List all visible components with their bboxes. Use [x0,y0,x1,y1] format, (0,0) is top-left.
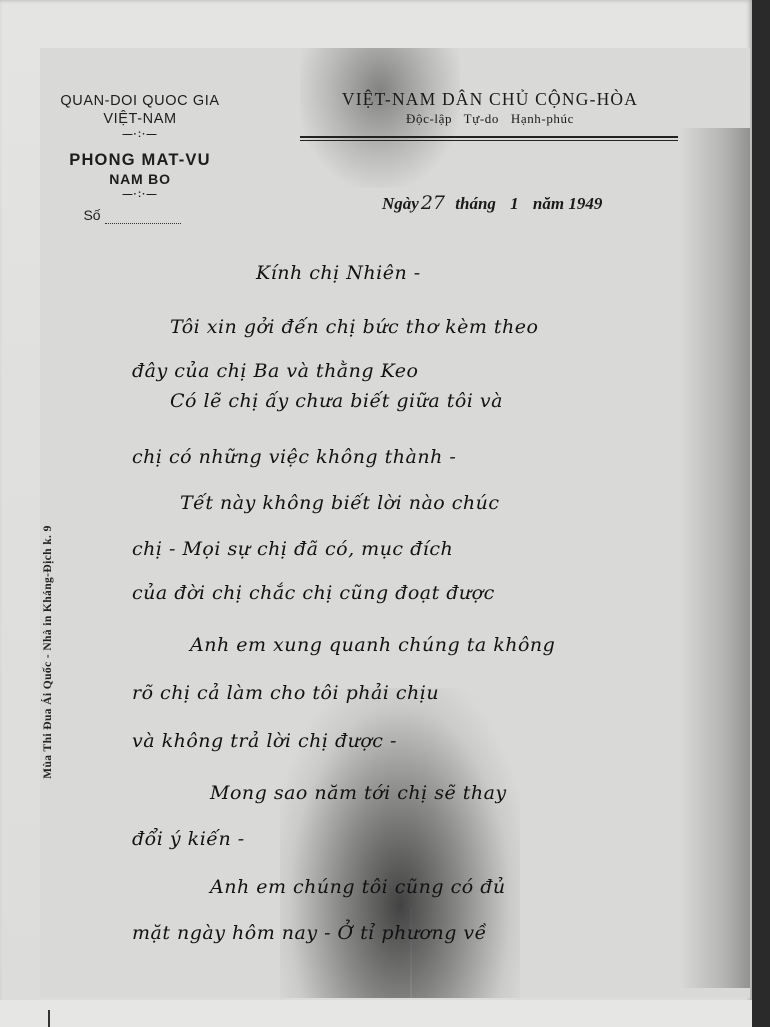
toner-shade-right [680,128,750,988]
year-value: 1949 [568,194,602,213]
month-value: 1 [510,194,519,213]
ornament-divider: —·:·— [40,188,240,202]
reference-number-row: Số [40,206,240,224]
date-line: Ngày27 tháng 1 năm 1949 [382,192,602,214]
letter-line: Có lẽ chị ấy chưa biết giữa tôi và [170,390,503,412]
paper-margin-bottom [0,1000,752,1027]
pen-mark [48,1010,50,1027]
letter-line: chị - Mọi sự chị đã có, mục đích [132,538,453,560]
salutation: Kính chị Nhiên - [256,262,421,284]
nation-title: VIỆT-NAM DÂN CHỦ CỘNG-HÒA [300,88,680,110]
letter-line: đây của chị Ba và thằng Keo [132,360,418,382]
letter-line: chị có những việc không thành - [132,446,456,468]
letter-line: Anh em chúng tôi cũng có đủ [210,876,506,898]
letter-line: Anh em xung quanh chúng ta không [190,634,555,656]
double-rule-divider [300,136,678,141]
letter-line: của đời chị chắc chị cũng đoạt được [132,582,495,604]
letter-line: Tết này không biết lời nào chúc [180,492,500,514]
letter-line: và không trả lời chị được - [132,730,397,752]
reference-number-blank [105,211,181,224]
letter-line: đổi ý kiến - [132,828,245,850]
national-motto: Độc-lập Tự-do Hạnh-phúc [300,110,680,128]
day-label: Ngày [382,194,419,213]
ornament-divider: —·:·— [40,128,240,142]
month-label: tháng [455,194,496,213]
letter-line: Tôi xin gởi đến chị bức thơ kèm theo [170,316,538,338]
reference-number-label: Số [83,206,100,224]
letterhead-left: QUAN-DOI QUOC GIA VIỆT-NAM —·:·— PHONG M… [40,92,240,224]
letter-line: Mong sao năm tới chị sẽ thay [210,782,507,804]
org-name-line2: VIỆT-NAM [40,110,240,128]
day-value: 27 [421,192,445,214]
letter-line: rõ chị cả làm cho tôi phải chịu [132,682,439,704]
department-name: PHONG MAT-VU [40,150,240,170]
region-name: NAM BO [40,170,240,188]
year-label: năm [533,194,564,213]
printer-imprint: Mùa Thi Đua Ái Quốc - Nhà in Kháng-Địch … [42,525,54,779]
org-name-line1: QUAN-DOI QUOC GIA [40,92,240,110]
letterhead-right: VIỆT-NAM DÂN CHỦ CỘNG-HÒA Độc-lập Tự-do … [300,88,720,141]
letter-line: mặt ngày hôm nay - Ở tỉ phương về [132,922,487,944]
